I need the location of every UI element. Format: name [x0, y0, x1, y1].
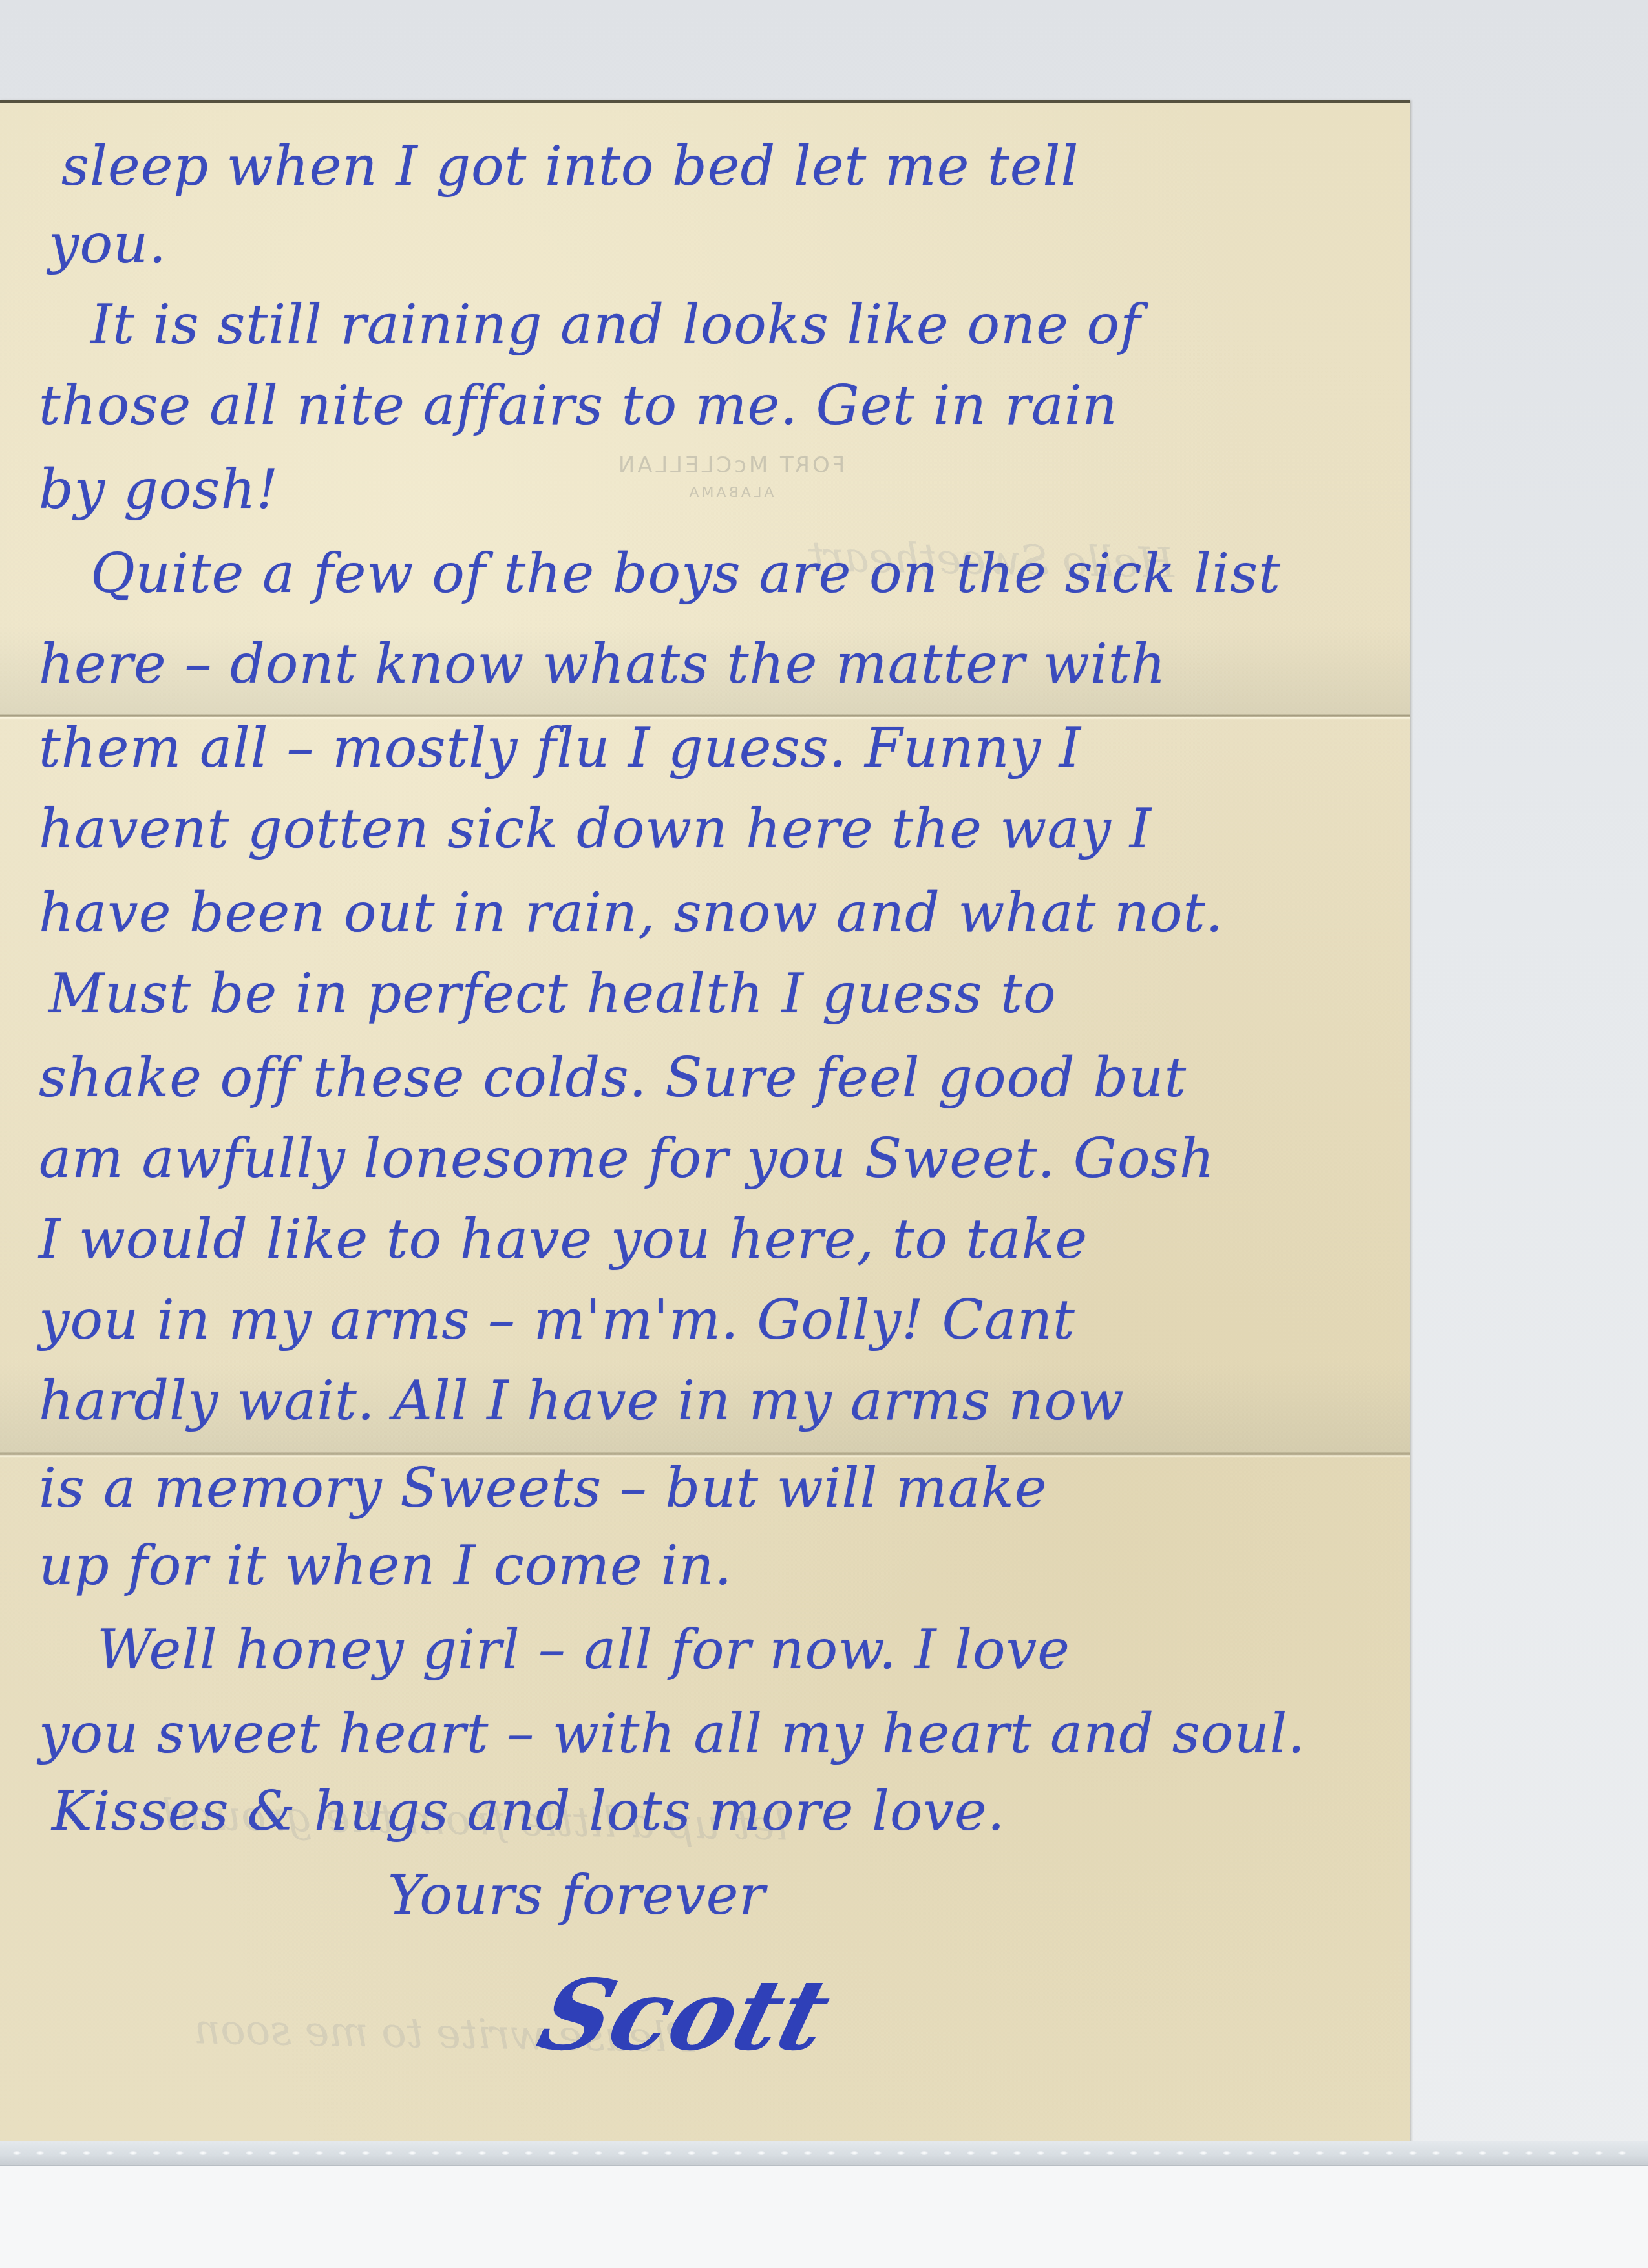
letter-line: sleep when I got into bed let me tell	[61, 139, 1079, 193]
letter-line: you in my arms – m'm'm. Golly! Cant	[39, 1293, 1075, 1347]
letter-line: those all nite affairs to me. Get in rai…	[39, 378, 1118, 432]
letter-closing: Yours forever	[388, 1868, 766, 1922]
letter-line: you.	[48, 217, 167, 271]
letter-line: I would like to have you here, to take	[39, 1212, 1088, 1266]
letter-line: Quite a few of the boys are on the sick …	[90, 546, 1281, 600]
letter-line: shake off these colds. Sure feel good bu…	[39, 1050, 1187, 1105]
letter-line: is a memory Sweets – but will make	[39, 1461, 1047, 1515]
letter-line: Well honey girl – all for now. I love	[97, 1622, 1070, 1677]
letter-signature: Scott	[527, 1958, 841, 2072]
letter-line: here – dont know whats the matter with	[39, 637, 1167, 691]
letter-line: have been out in rain, snow and what not…	[39, 885, 1223, 940]
letter-line: up for it when I come in.	[39, 1538, 732, 1593]
letter-line: Must be in perfect health I guess to	[48, 966, 1056, 1021]
letter-line: It is still raining and looks like one o…	[90, 297, 1141, 352]
letter-line: hardly wait. All I have in my arms now	[39, 1373, 1125, 1428]
letter-line: them all – mostly flu I guess. Funny I	[39, 721, 1081, 775]
plastic-sleeve-edge	[0, 2141, 1648, 2166]
scanner-background	[0, 2163, 1648, 2268]
sleeve-perforation	[5, 2149, 1640, 2157]
letter-line: you sweet heart – with all my heart and …	[39, 1706, 1305, 1761]
letterhead-showthrough-line1: FORT McCLELLAN	[569, 452, 892, 478]
letter-line: havent gotten sick down here the way I	[39, 801, 1152, 856]
letter-line: by gosh!	[39, 462, 279, 516]
letter-line: Kisses & hugs and lots more love.	[52, 1784, 1005, 1838]
letterhead-showthrough-line2: ALABAMA	[569, 485, 892, 501]
letter-line: am awfully lonesome for you Sweet. Gosh	[39, 1131, 1215, 1185]
